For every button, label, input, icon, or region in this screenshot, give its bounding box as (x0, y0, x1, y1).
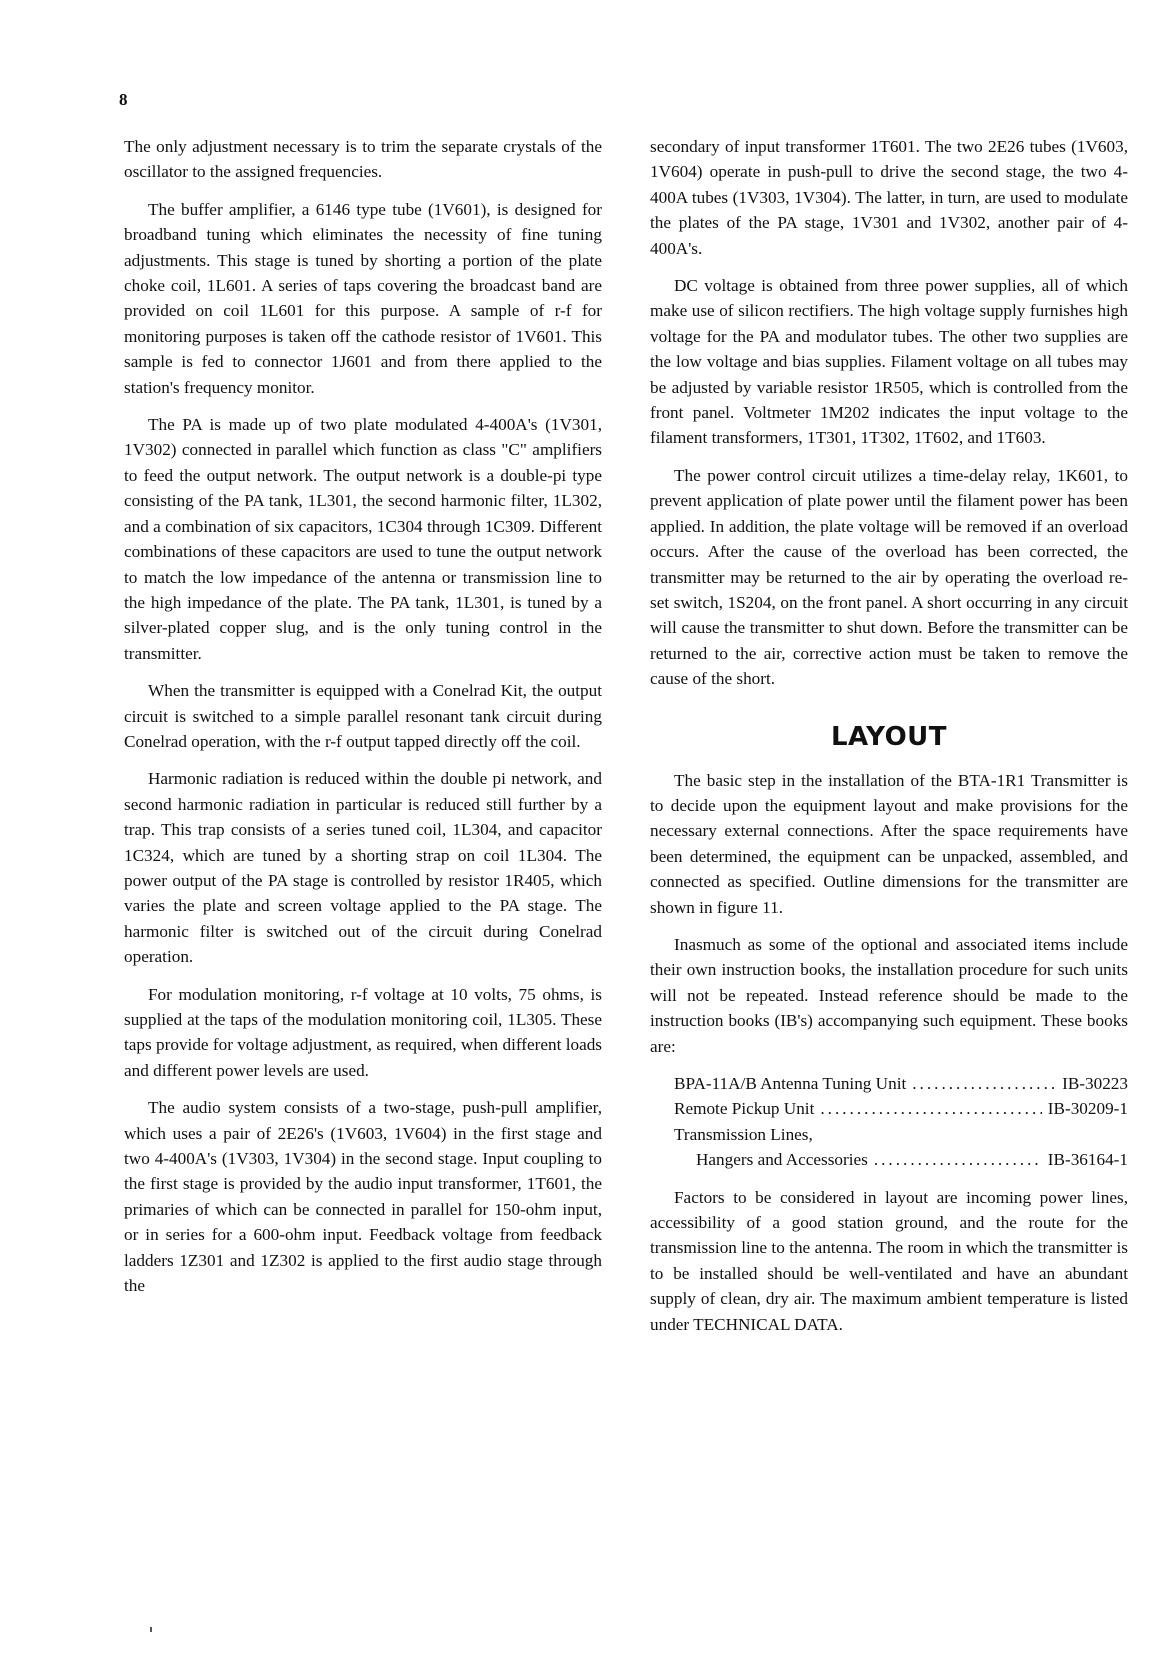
instruction-book-list: BPA-11A/B Antenna Tuning Unit IB-30223 R… (674, 1071, 1128, 1173)
paragraph-harmonic-radiation: Harmonic radiation is reduced within the… (124, 766, 602, 969)
instruction-book-row: Remote Pickup Unit IB-30209-1 (674, 1096, 1128, 1121)
instruction-book-row: Hangers and Accessories IB-36164-1 (674, 1147, 1128, 1172)
paragraph-power-control: The power control circuit utilizes a tim… (650, 463, 1128, 692)
instruction-book-code: IB-36164-1 (1048, 1147, 1128, 1172)
instruction-book-code: IB-30209-1 (1048, 1096, 1128, 1121)
page-number: 8 (119, 90, 128, 110)
paragraph-conelrad-kit: When the transmitter is equipped with a … (124, 678, 602, 754)
paragraph-buffer-amplifier: The buffer amplifier, a 6146 type tube (… (124, 197, 602, 400)
paragraph-pa-stage: The PA is made up of two plate modulated… (124, 412, 602, 666)
paragraph-audio-system: The audio system consists of a two-stage… (124, 1095, 602, 1298)
instruction-book-name: Hangers and Accessories (674, 1147, 868, 1172)
paragraph-layout-factors: Factors to be considered in layout are i… (650, 1185, 1128, 1337)
instruction-book-name: BPA-11A/B Antenna Tuning Unit (674, 1071, 906, 1096)
paragraph-oscillator-adjustment: The only adjustment necessary is to trim… (124, 134, 602, 185)
instruction-book-code: IB-30223 (1062, 1071, 1128, 1096)
section-heading-layout: LAYOUT (650, 722, 1128, 752)
instruction-book-name: Remote Pickup Unit (674, 1096, 814, 1121)
paragraph-layout-basic-step: The basic step in the installation of th… (650, 768, 1128, 920)
scan-artifact-mark (150, 1627, 152, 1632)
instruction-book-row: BPA-11A/B Antenna Tuning Unit IB-30223 (674, 1071, 1128, 1096)
paragraph-instruction-books-intro: Inasmuch as some of the optional and ass… (650, 932, 1128, 1059)
instruction-book-row: Transmission Lines, (674, 1122, 1128, 1147)
instruction-book-name: Transmission Lines, (674, 1122, 813, 1147)
dot-leader (912, 1071, 1056, 1096)
right-column: secondary of input transformer 1T601. Th… (650, 134, 1128, 1349)
paragraph-dc-voltage: DC voltage is obtained from three power … (650, 273, 1128, 451)
left-column: The only adjustment necessary is to trim… (124, 134, 602, 1310)
dot-leader (820, 1096, 1041, 1121)
dot-leader (874, 1147, 1042, 1172)
paragraph-audio-continued: secondary of input transformer 1T601. Th… (650, 134, 1128, 261)
paragraph-modulation-monitoring: For modulation monitoring, r-f voltage a… (124, 982, 602, 1084)
